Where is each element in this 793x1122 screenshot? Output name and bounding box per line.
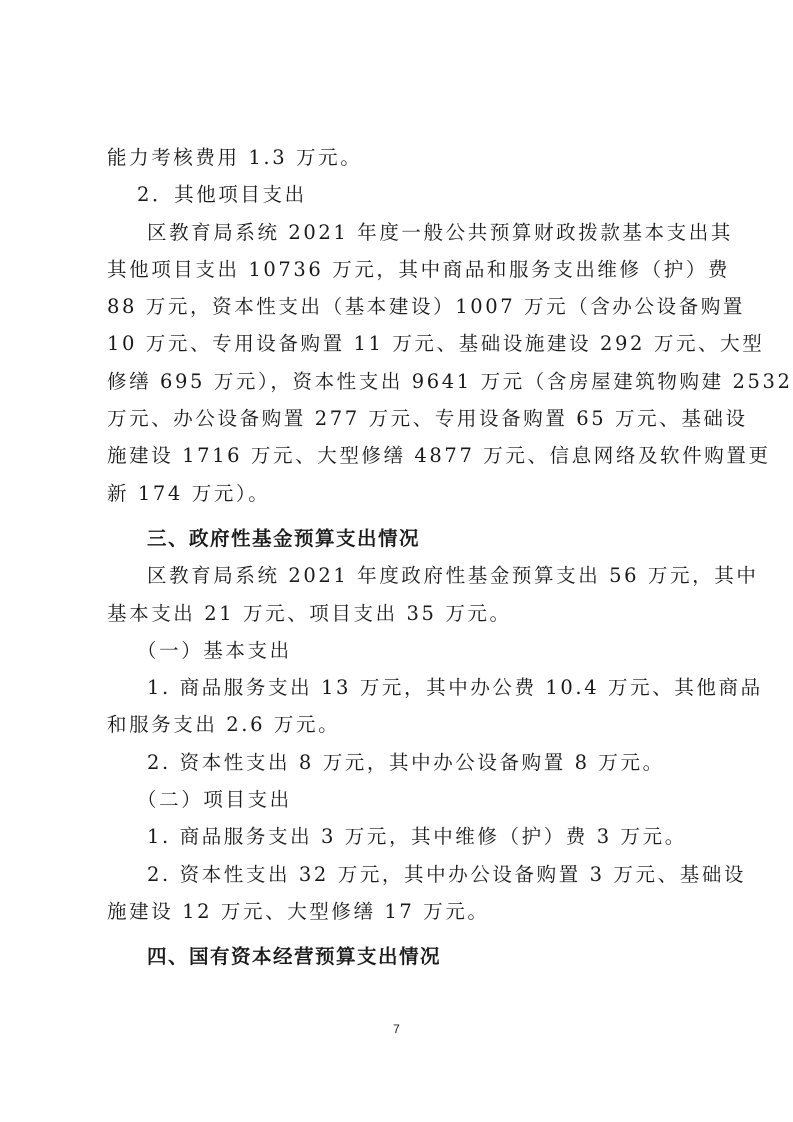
section-heading-4: 四、国有资本经营预算支出情况 bbox=[107, 941, 693, 978]
list-item: 2. 资本性支出 8 万元，其中办公设备购置 8 万元。 bbox=[107, 747, 693, 784]
subsection-heading-project: （二）项目支出 bbox=[107, 784, 693, 821]
paragraph-line: 区教育局系统 2021 年度政府性基金预算支出 56 万元，其中 bbox=[107, 560, 693, 597]
paragraph-line: 基本支出 21 万元、项目支出 35 万元。 bbox=[107, 598, 693, 635]
paragraph-line: 能力考核费用 1.3 万元。 bbox=[107, 142, 693, 179]
section-heading-3: 三、政府性基金预算支出情况 bbox=[107, 523, 693, 560]
paragraph-line: 其他项目支出 10736 万元，其中商品和服务支出维修（护）费 bbox=[107, 254, 693, 291]
document-body: 能力考核费用 1.3 万元。 2．其他项目支出 区教育局系统 2021 年度一般… bbox=[107, 142, 693, 979]
paragraph-line: 88 万元，资本性支出（基本建设）1007 万元（含办公设备购置 bbox=[107, 291, 693, 328]
list-item: 施建设 12 万元、大型修缮 17 万元。 bbox=[107, 896, 693, 933]
paragraph-line: 施建设 1716 万元、大型修缮 4877 万元、信息网络及软件购置更 bbox=[107, 440, 693, 477]
subsection-heading: 2．其他项目支出 bbox=[107, 179, 693, 216]
page-number: 7 bbox=[0, 1022, 793, 1036]
paragraph-line: 区教育局系统 2021 年度一般公共预算财政拨款基本支出其 bbox=[107, 217, 693, 254]
paragraph-line: 新 174 万元）。 bbox=[107, 478, 693, 515]
paragraph-line: 10 万元、专用设备购置 11 万元、基础设施建设 292 万元、大型 bbox=[107, 328, 693, 365]
paragraph-line: 修缮 695 万元），资本性支出 9641 万元（含房屋建筑物购建 2532 bbox=[107, 366, 693, 403]
list-item: 和服务支出 2.6 万元。 bbox=[107, 709, 693, 746]
list-item: 1. 商品服务支出 3 万元，其中维修（护）费 3 万元。 bbox=[107, 821, 693, 858]
list-item: 2. 资本性支出 32 万元，其中办公设备购置 3 万元、基础设 bbox=[107, 859, 693, 896]
paragraph-line: 万元、办公设备购置 277 万元、专用设备购置 65 万元、基础设 bbox=[107, 403, 693, 440]
subsection-heading-basic: （一）基本支出 bbox=[107, 635, 693, 672]
list-item: 1. 商品服务支出 13 万元，其中办公费 10.4 万元、其他商品 bbox=[107, 672, 693, 709]
